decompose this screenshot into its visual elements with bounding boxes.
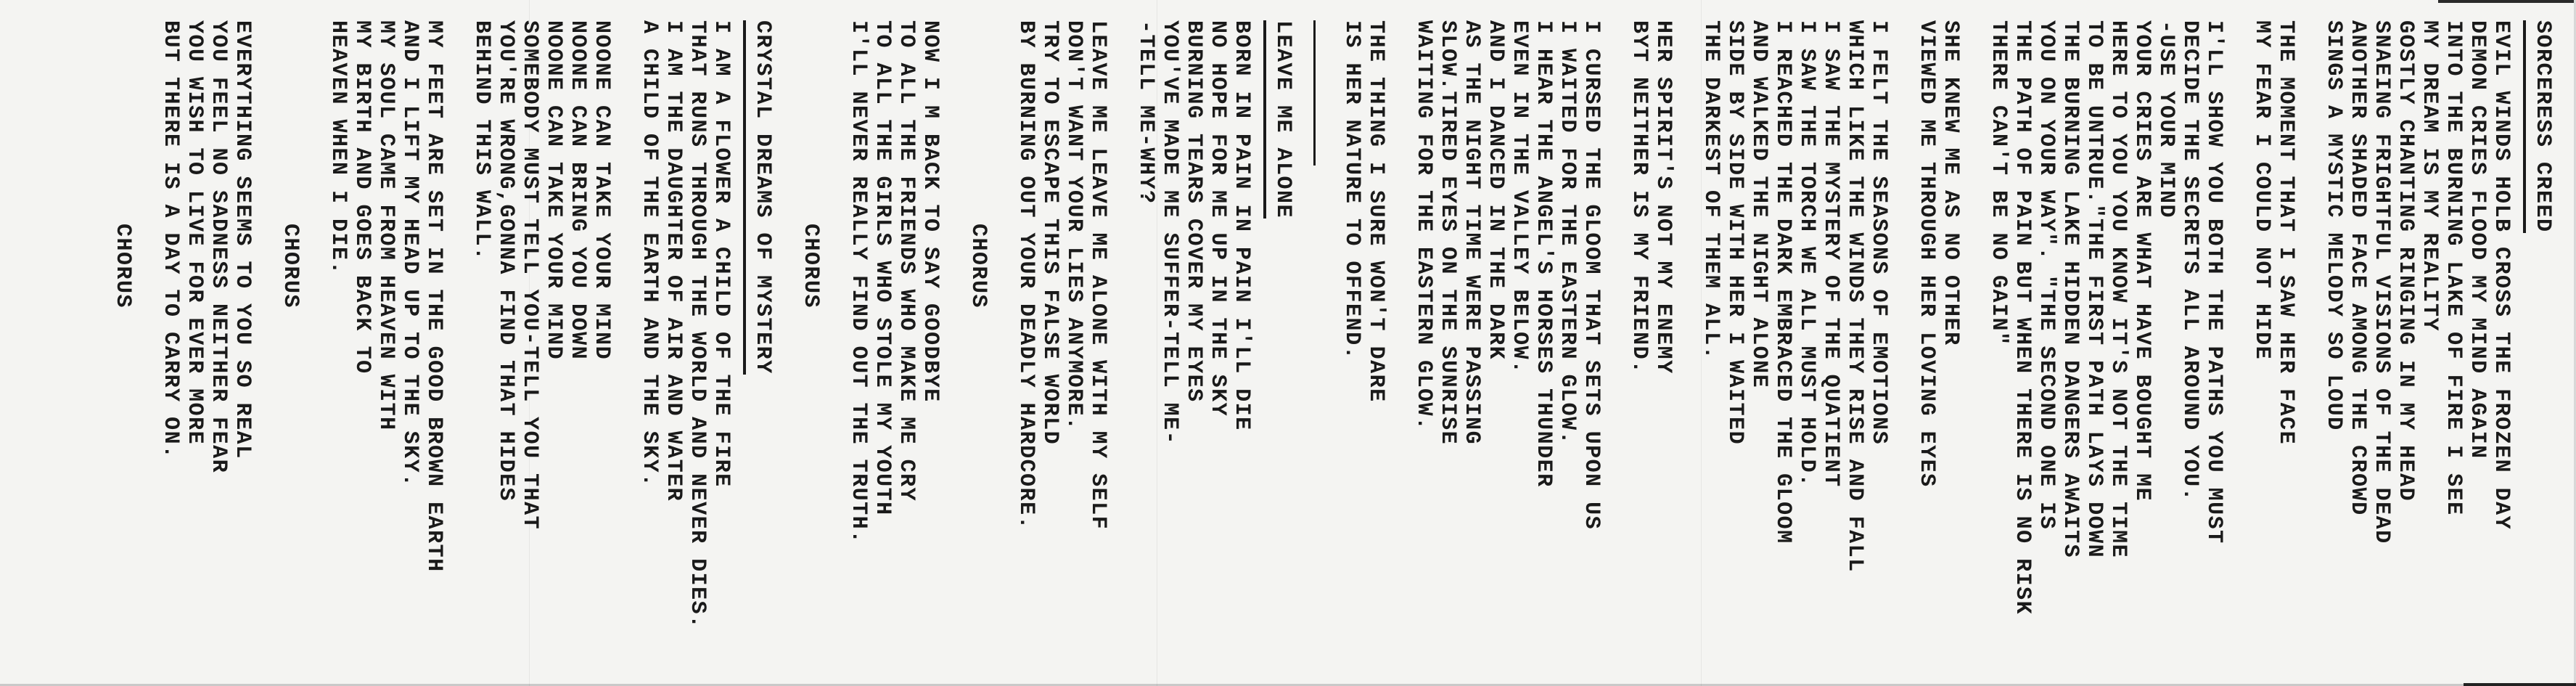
lyric-line: HEAVEN WHEN I DIE. <box>326 20 350 657</box>
lyric-line: AND WALKED THE NIGHT ALONE <box>1747 20 1771 657</box>
lyric-sheet: SORCERESS CREEDEVIL WINDS HOLB CROSS THE… <box>0 0 2576 686</box>
stanza: THE MOMENT THAT I SAW HER FACEMY FEAR I … <box>2249 20 2297 657</box>
song-1: SORCERESS CREEDEVIL WINDS HOLB CROSS THE… <box>1313 20 2554 657</box>
lyric-line: NOONE CAN TAKE YOUR MIND <box>589 20 613 657</box>
lyric-line: DECIDE THE SECRETS ALL AROUND YOU. <box>2178 20 2202 657</box>
lyric-line: -TELL ME-WHY? <box>1133 20 1157 657</box>
stanza: I AM A FLOWER A CHILD OF THE FIRETHAT RU… <box>637 20 733 657</box>
lyric-line: THE DARKEST OF THEM ALL. <box>1699 20 1723 657</box>
lyric-line: A CHILD OF THE EARTH AND THE SKY. <box>637 20 661 657</box>
lyric-line: EVEN IN THE VALLEY BELOW. <box>1507 20 1531 657</box>
lyric-line: MY BIRTH AND GOES BACK TO <box>350 20 374 657</box>
stanza: EVERYTHING SEEMS TO YOU SO REALYOU FEEL … <box>158 20 254 657</box>
songs-container: SORCERESS CREEDEVIL WINDS HOLB CROSS THE… <box>110 20 2554 657</box>
lyric-line: NO HOPE FOR ME UP IN THE SKY <box>1205 20 1229 657</box>
lyric-line: SHE KNEW ME AS NO OTHER <box>1938 20 1962 657</box>
lyric-line: YOU FEEL NO SADNESS NEITHER FEAR <box>206 20 230 657</box>
lyric-line: AND I LIFT MY HEAD UP TO THE SKY. <box>398 20 422 657</box>
lyric-line: BUT THERE IS A DAY TO CARRY ON. <box>158 20 182 657</box>
lyric-line: I FELT THE SEASONS OF EMOTIONS <box>1866 20 1890 657</box>
lyric-line: DON'T WANT YOUR LIES ANYMORE. <box>1062 20 1086 657</box>
stanza: NOW I M BACK TO SAY GOODBYETO ALL THE FR… <box>846 20 942 657</box>
lyric-line: YOU ON YOUR WAY". "THE SECOND ONE IS <box>2034 20 2058 657</box>
lyric-line: IS HER NATURE TO OFFEND. <box>1340 20 1363 657</box>
lyric-line: DEMON CRIES FLOOD MY MIND AGAIN <box>2465 20 2489 657</box>
lyric-line: ANOTHER SHADED FACE AMONG THE CROWD <box>2345 20 2369 657</box>
lyric-line: MY DREAM IS MY REALITY <box>2417 20 2441 657</box>
lyric-line: YOU'RE WRONG,GONNA FIND THAT HIDES <box>493 20 517 657</box>
song-title: SORCERESS CREED <box>2523 20 2554 233</box>
lyric-line: -USE YOUR MIND <box>2154 20 2178 657</box>
song-3: CRYSTAL DREAMS OF MYSTERYI AM A FLOWER A… <box>110 20 774 657</box>
lyric-line: I HEAR THE ANGEL'S HORSES THUNDER <box>1531 20 1555 657</box>
stanza: EVIL WINDS HOLB CROSS THE FROZEN DAYDEMO… <box>2321 20 2513 657</box>
song-title: LEAVE ME ALONE <box>1263 20 1295 219</box>
lyric-line: I WAITED FOR THE EASTERN GLOW. <box>1555 20 1579 657</box>
lyric-line: HER SPIRIT'S NOT MY ENEMY <box>1651 20 1675 657</box>
lyric-line: I AM A FLOWER A CHILD OF THE FIRE <box>709 20 733 657</box>
lyric-line: WHICH LIKE THE WINDS THEY RISE AND FALL <box>1842 20 1866 657</box>
lyric-line: TRY TO ESCAPE THIS FALSE WORLD <box>1038 20 1062 657</box>
lyric-line: NOONE CAN TAKE YOUR MIND <box>541 20 565 657</box>
lyric-line: AS THE NIGHT TIME WERE PASSING <box>1459 20 1483 657</box>
chorus-marker: CHORUS <box>798 20 822 657</box>
lyric-line: I'LL SHOW YOU BOTH THE PATHS YOU MUST <box>2202 20 2226 657</box>
lyric-line: LEAVE ME LEAVE ME ALONE WITH MY SELF <box>1086 20 1109 657</box>
lyric-line: BYT NEITHER IS MY FRIEND. <box>1627 20 1651 657</box>
stanza: LEAVE ME LEAVE ME ALONE WITH MY SELFDON'… <box>1014 20 1109 657</box>
lyric-line: I REACHED THE DARK EMBRACED THE GLOOM <box>1771 20 1794 657</box>
paper-fold-line <box>1701 0 1702 686</box>
lyric-line: EVERYTHING SEEMS TO YOU SO REAL <box>230 20 254 657</box>
stanza: MY FEET ARE SET IN THE GOOD BROWN EARTHA… <box>326 20 446 657</box>
stanza: I'LL SHOW YOU BOTH THE PATHS YOU MUSTDEC… <box>1986 20 2226 657</box>
lyric-line: WAITING FOR THE EASTERN GLOW. <box>1411 20 1435 657</box>
lyric-line: I CURSED THE GLOOM THAT SETS UPON US <box>1579 20 1603 657</box>
lyric-line: I AM THE DAUGHTER OF AIR AND WATER <box>661 20 685 657</box>
lyric-line: THE BURNING LAKE HIDDEN DANGERS AWAITS <box>2058 20 2082 657</box>
lyric-line: SIDE BY SIDE WITH HER I WAITED <box>1723 20 1747 657</box>
stanza: I CURSED THE GLOOM THAT SETS UPON USI WA… <box>1411 20 1603 657</box>
paper-fold-line <box>1157 0 1157 686</box>
lyric-line: EVIL WINDS HOLB CROSS THE FROZEN DAY <box>2489 20 2513 657</box>
lyric-line: VIEWED ME THROUGH HER LOVING EYES <box>1914 20 1938 657</box>
lyric-line: MY FEET ARE SET IN THE GOOD BROWN EARTH <box>422 20 446 657</box>
lyric-line: MY FEAR I COULD NOT HIDE <box>2249 20 2273 657</box>
lyric-line: NOW I M BACK TO SAY GOODBYE <box>918 20 942 657</box>
lyric-line: THERE CAN'T BE NO GAIN" <box>1986 20 2010 657</box>
lyric-line: YOU WISH TO LIVE FOR EVER MORE <box>182 20 206 657</box>
stanza: BORN IN PAIN IN PAIN I'LL DIENO HOPE FOR… <box>1133 20 1253 657</box>
lyric-line: BEHIND THIS WALL. <box>469 20 493 657</box>
lyric-line: THE MOMENT THAT I SAW HER FACE <box>2273 20 2297 657</box>
lyric-line: HERE TO YOU YOU KNOW IT'S NOT THE TIME <box>2106 20 2130 657</box>
lyric-line: YOUR CRIES ARE WHAT HAVE BOUGHT ME <box>2130 20 2154 657</box>
lyric-line: I SAW THE MYSTERY OF THE QUATIENT <box>1818 20 1842 657</box>
lyric-line: SINGS A MYSTIC MELODY SO LOUD <box>2321 20 2345 657</box>
lyric-line: YOU'VE MADE ME SUFFER-TELL ME- <box>1157 20 1181 657</box>
song-2: LEAVE ME ALONEBORN IN PAIN IN PAIN I'LL … <box>798 20 1295 657</box>
lyric-line: AND I DANCED IN THE DARK <box>1483 20 1507 657</box>
section-divider <box>1313 20 1316 166</box>
lyric-line: THE THING I SURE WON'T DARE <box>1363 20 1387 657</box>
lyric-line: TO ALL THE FRIENDS WHO MAKE ME CRY <box>894 20 918 657</box>
lyric-line: THAT RUNS THROUGH THE WORLD AND NEVER DI… <box>685 20 709 657</box>
paper-fold-line <box>529 0 530 686</box>
chorus-marker: CHORUS <box>110 20 134 657</box>
lyric-line: I'LL NEVER REALLY FIND OUT THE TRUTH. <box>846 20 870 657</box>
lyric-line: TO ALL THE GIRLS WHO STOLE MY YOUTH <box>870 20 894 657</box>
lyric-line: NOONE CAN BRING YOU DOWN <box>565 20 589 657</box>
stanza: NOONE CAN TAKE YOUR MINDNOONE CAN BRING … <box>469 20 613 657</box>
lyric-line: GOSTLY CHANTING RINGING IN MY HEAD <box>2393 20 2417 657</box>
lyric-line: BURNING TEARS COVER MY EYES <box>1181 20 1205 657</box>
chorus-marker: CHORUS <box>966 20 990 657</box>
lyric-line: BY BURNING OUT YOUR DEADLY HARDCORE. <box>1014 20 1038 657</box>
lyric-line: THE PATH OF PAIN BUT WHEN THERE IS NO RI… <box>2010 20 2034 657</box>
chorus-marker: CHORUS <box>278 20 302 657</box>
stanza: HER SPIRIT'S NOT MY ENEMYBYT NEITHER IS … <box>1627 20 1675 657</box>
lyric-line: MY SOUL CAME FROM HEAVEN WITH <box>374 20 398 657</box>
lyric-line: BORN IN PAIN IN PAIN I'LL DIE <box>1229 20 1253 657</box>
song-title: CRYSTAL DREAMS OF MYSTERY <box>743 20 774 375</box>
lyric-line: I SAW THE TORCH WE ALL MUST HOLD. <box>1794 20 1818 657</box>
stanza: SHE KNEW ME AS NO OTHERVIEWED ME THROUGH… <box>1914 20 1962 657</box>
lyric-line: INTO THE BURNING LAKE OF FIRE I SEE <box>2441 20 2465 657</box>
lyric-line: SLOW.TIRED EYES ON THE SUNRISE <box>1435 20 1459 657</box>
stanza: THE THING I SURE WON'T DAREIS HER NATURE… <box>1340 20 1387 657</box>
stanza: I FELT THE SEASONS OF EMOTIONSWHICH LIKE… <box>1699 20 1890 657</box>
lyric-line: TO BE UNTRUE."THE FIRST PATH LAYS DOWN <box>2082 20 2106 657</box>
lyric-line: SNAEING FRIGHTFUL VISIONS OF THE DEAD <box>2369 20 2393 657</box>
